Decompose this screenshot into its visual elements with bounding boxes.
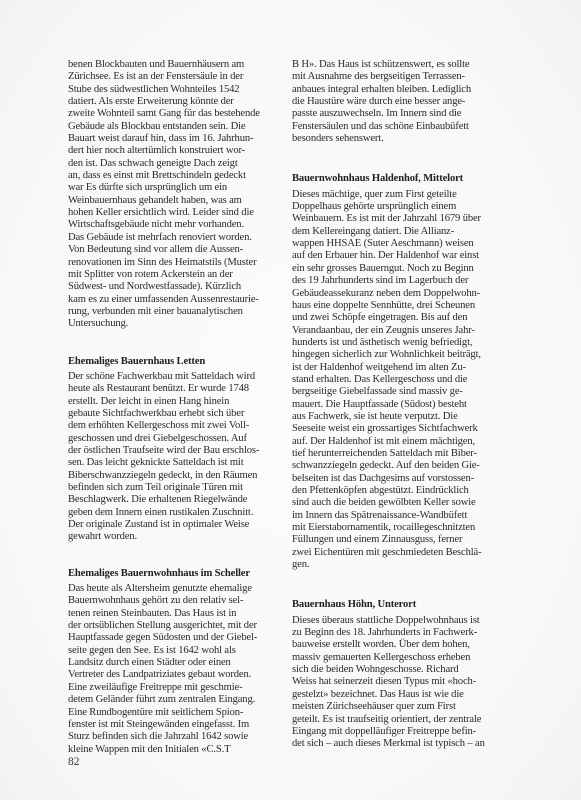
section-haldenhof: Bauernwohnhaus Haldenhof, Mittelort Dies… bbox=[292, 173, 516, 571]
text-line: massiv gemauerten Kellergeschoss erheben bbox=[292, 652, 516, 664]
text-line: ein sehr grosses Bauerngut. Noch zu Begi… bbox=[292, 263, 516, 275]
text-line: Weinbauern. Es ist mit der Jahrzahl 1679… bbox=[292, 213, 516, 225]
section-heading: Ehemaliges Bauernhaus Letten bbox=[68, 356, 292, 368]
text-line: befinden sich zum Teil originale Türen m… bbox=[68, 482, 292, 494]
text-line: Doppelhaus gehörte ursprünglich einem bbox=[292, 201, 516, 213]
text-line: im Innern das Spätrenaissance-Wandbüfett bbox=[292, 510, 516, 522]
text-line: der ortsüblichen Stellung ausgerichtet, … bbox=[68, 620, 292, 632]
text-line: mit Ausnahme des bergseitigen Terrassen- bbox=[292, 71, 516, 83]
text-line: den ist. Das schwach geneigte Dach zeigt bbox=[68, 158, 292, 170]
text-line: Das Gebäude ist mehrfach renoviert worde… bbox=[68, 232, 292, 244]
text-line: mit Splitter von rotem Ackerstein an der bbox=[68, 269, 292, 281]
text-line: Weinbauernhaus gehandelt haben, was am bbox=[68, 195, 292, 207]
text-line: und zwei Schöpfe eingetragen. Bis auf de… bbox=[292, 312, 516, 324]
text-line: heute als Restaurant benützt. Er wurde 1… bbox=[68, 383, 292, 395]
text-line: auf. Der Haldenhof ist mit einem mächtig… bbox=[292, 436, 516, 448]
text-line: des 19 Jahrhunderts sind im Lagerbuch de… bbox=[292, 275, 516, 287]
section-body: Dieses überaus stattliche Doppelwohnhaus… bbox=[292, 615, 516, 751]
text-line: dem erhöhten Kellergeschoss mit zwei Vol… bbox=[68, 420, 292, 432]
left-column: benen Blockbauten und Bauernhäusern amZü… bbox=[68, 59, 292, 756]
text-line: Bauart weist darauf hin, dass im 16. Jah… bbox=[68, 133, 292, 145]
text-line: Dieses überaus stattliche Doppelwohnhaus… bbox=[292, 615, 516, 627]
text-line: Biberschwanzziegeln gedeckt, in den Räum… bbox=[68, 470, 292, 482]
text-line: Das heute als Altersheim genutzte ehemal… bbox=[68, 583, 292, 595]
text-line: den Pfettenköpfen abgestützt. Eindrückli… bbox=[292, 485, 516, 497]
text-line: Fenstersäulen und das schöne Einbaubüfet… bbox=[292, 121, 516, 133]
text-line: hohen Keller ersichtlich wird. Leider si… bbox=[68, 207, 292, 219]
section-heading: Ehemaliges Bauernwohnhaus im Scheller bbox=[68, 568, 292, 580]
text-line: tenen reinen Steinbauten. Das Haus ist i… bbox=[68, 608, 292, 620]
text-line: erstellt. Der leicht in einen Hang hinei… bbox=[68, 396, 292, 408]
text-line: Dieses mächtige, quer zum First geteilte bbox=[292, 189, 516, 201]
text-line: bergseitige Giebelfassade sind massiv ge… bbox=[292, 386, 516, 398]
text-line: hunderts ist und ästhetisch wenig befrie… bbox=[292, 337, 516, 349]
text-line: Stube des südwestlichen Wohnteiles 1542 bbox=[68, 84, 292, 96]
text-line: Landsitz durch einen Städter oder einen bbox=[68, 657, 292, 669]
section-letten: Ehemaliges Bauernhaus Letten Der schöne … bbox=[68, 356, 292, 544]
text-line: mauert. Die Hauptfassade (Südost) besteh… bbox=[292, 399, 516, 411]
text-line: zwei Eichentüren mit geschmiedeten Besch… bbox=[292, 547, 516, 559]
right-column: B H». Das Haus ist schützenswert, es sol… bbox=[292, 59, 516, 751]
text-line: B H». Das Haus ist schützenswert, es sol… bbox=[292, 59, 516, 71]
text-line: Füllungen und einem Zinnausguss, ferner bbox=[292, 534, 516, 546]
text-line: stand erhalten. Das Kellergeschoss und d… bbox=[292, 374, 516, 386]
section-heading: Bauernwohnhaus Haldenhof, Mittelort bbox=[292, 173, 516, 185]
text-line: Von Bedeutung sind vor allem die Aussen- bbox=[68, 244, 292, 256]
text-line: Eingang mit doppelläufiger Freitreppe be… bbox=[292, 726, 516, 738]
text-line: belseiten ist das Dachgesims auf vorstos… bbox=[292, 473, 516, 485]
text-line: besonders sehenswert. bbox=[292, 133, 516, 145]
text-line: Vertreter des Landpatriziates gebaut wor… bbox=[68, 669, 292, 681]
text-line: datiert. Als erste Erweiterung könnte de… bbox=[68, 96, 292, 108]
text-line: gewahrt worden. bbox=[68, 531, 292, 543]
text-line: dert hier noch altertümlich konstruiert … bbox=[68, 145, 292, 157]
text-line: renovationen im Sinn des Heimatstils (Mu… bbox=[68, 257, 292, 269]
text-line: an, dass es einst mit Brettschindeln ged… bbox=[68, 170, 292, 182]
text-line: fenster ist mit Steingewänden eingefasst… bbox=[68, 719, 292, 731]
text-line: sind auch die beiden gewölbten Keller so… bbox=[292, 497, 516, 509]
text-line: gen. bbox=[292, 559, 516, 571]
text-line: hingegen sicherlich zur Wohnlichkeit bei… bbox=[292, 349, 516, 361]
text-line: detem Geländer führt zum zentralen Einga… bbox=[68, 694, 292, 706]
text-line: Der originale Zustand ist in optimaler W… bbox=[68, 519, 292, 531]
text-line: rung, verbunden mit einer bauanalytische… bbox=[68, 306, 292, 318]
text-line: Wirtschaftsgebäude nicht mehr vorhanden. bbox=[68, 219, 292, 231]
text-line: zweite Wohnteil samt Gang für das besteh… bbox=[68, 108, 292, 120]
section-body: Der schöne Fachwerkbau mit Satteldach wi… bbox=[68, 371, 292, 544]
page-number: 82 bbox=[68, 756, 80, 768]
text-line: der östlichen Traufseite wird der Bau er… bbox=[68, 445, 292, 457]
text-line: gestelzt» bezeichnet. Das Haus ist wie d… bbox=[292, 689, 516, 701]
text-line: sen. Das leicht geknickte Satteldach ist… bbox=[68, 457, 292, 469]
text-line: Eine Rundbogentüre mit seitlichem Spion- bbox=[68, 707, 292, 719]
text-line: Hauptfassade gegen Südosten und der Gieb… bbox=[68, 632, 292, 644]
text-line: geben dem Innern einen rustikalen Zuschn… bbox=[68, 507, 292, 519]
text-line: geteilt. Es ist traufseitig orientiert, … bbox=[292, 714, 516, 726]
text-line: ist der Haldenhof weitgehend im alten Zu… bbox=[292, 362, 516, 374]
section-scheller: Ehemaliges Bauernwohnhaus im Scheller Da… bbox=[68, 568, 292, 756]
text-line: Südwest- und Nordwestfassade). Kürzlich bbox=[68, 281, 292, 293]
text-line: Der schöne Fachwerkbau mit Satteldach wi… bbox=[68, 371, 292, 383]
text-line: bauweise erstellt worden. Über dem hohen… bbox=[292, 639, 516, 651]
text-line: passte auszuwechseln. Im Innern sind die bbox=[292, 108, 516, 120]
text-line: Zürichsee. Es ist an der Fenstersäule in… bbox=[68, 71, 292, 83]
intro-paragraph: benen Blockbauten und Bauernhäusern amZü… bbox=[68, 59, 292, 331]
text-line: meisten Zürichseehäuser quer zum First bbox=[292, 701, 516, 713]
text-line: die Haustüre wäre durch eine besser ange… bbox=[292, 96, 516, 108]
text-line: det sich – auch dieses Merkmal ist typis… bbox=[292, 738, 516, 750]
text-line: sich die beiden Wohngeschosse. Richard bbox=[292, 664, 516, 676]
text-line: schwanzziegeln gedeckt. Auf den beiden G… bbox=[292, 460, 516, 472]
text-line: Seeseite weist ein grossartiges Sichtfac… bbox=[292, 423, 516, 435]
section-hoehn: Bauernhaus Höhn, Unterort Dieses überaus… bbox=[292, 599, 516, 750]
text-line: geschossen und drei Giebelgeschossen. Au… bbox=[68, 433, 292, 445]
text-line: Eine zweiläufige Freitreppe mit geschmie… bbox=[68, 682, 292, 694]
text-line: haus eine doppelte Sennhütte, drei Scheu… bbox=[292, 300, 516, 312]
text-line: auf den Erbauer hin. Der Haldenhof war e… bbox=[292, 250, 516, 262]
text-line: Weiss hat seinerzeit diesen Typus mit «h… bbox=[292, 676, 516, 688]
text-line: dem Kellereingang datiert. Die Allianz- bbox=[292, 226, 516, 238]
text-line: benen Blockbauten und Bauernhäusern am bbox=[68, 59, 292, 71]
text-line: aus Fachwerk, sie ist heute verputzt. Di… bbox=[292, 411, 516, 423]
book-page: benen Blockbauten und Bauernhäusern amZü… bbox=[0, 0, 581, 800]
section-body: Das heute als Altersheim genutzte ehemal… bbox=[68, 583, 292, 756]
text-line: Untersuchung. bbox=[68, 318, 292, 330]
text-line: kleine Wappen mit den Initialen «C.S.T bbox=[68, 744, 292, 756]
text-line: Sturz befinden sich die Jahrzahl 1642 so… bbox=[68, 731, 292, 743]
text-line: wappen HHSAE (Suter Aeschmann) weisen bbox=[292, 238, 516, 250]
intro-paragraph: B H». Das Haus ist schützenswert, es sol… bbox=[292, 59, 516, 145]
text-line: Bauernwohnhaus gehört zu den relativ sel… bbox=[68, 595, 292, 607]
text-line: Beschlagwerk. Die erhaltenen Riegelwände bbox=[68, 494, 292, 506]
section-body: Dieses mächtige, quer zum First geteilte… bbox=[292, 189, 516, 572]
text-line: anbaues integral erhalten bleiben. Ledig… bbox=[292, 84, 516, 96]
text-line: seite gegen den See. Es ist 1642 wohl al… bbox=[68, 645, 292, 657]
section-heading: Bauernhaus Höhn, Unterort bbox=[292, 599, 516, 611]
text-line: Verandaanbau, der ein Zeugnis unseres Ja… bbox=[292, 325, 516, 337]
text-line: gebaute Sichtfachwerkbau erhebt sich übe… bbox=[68, 408, 292, 420]
text-line: mit Eierstabornamentik, rocaillegeschnit… bbox=[292, 522, 516, 534]
text-line: Gebäude als Blockbau entstanden sein. Di… bbox=[68, 121, 292, 133]
text-line: kam es zu einer umfassenden Aussenrestau… bbox=[68, 294, 292, 306]
text-line: tief herunterreichenden Satteldach mit B… bbox=[292, 448, 516, 460]
text-line: war Es dürfte sich ursprünglich um ein bbox=[68, 182, 292, 194]
text-line: zu Beginn des 18. Jahrhunderts in Fachwe… bbox=[292, 627, 516, 639]
text-line: Gebäudeassekuranz neben dem Doppelwohn- bbox=[292, 288, 516, 300]
